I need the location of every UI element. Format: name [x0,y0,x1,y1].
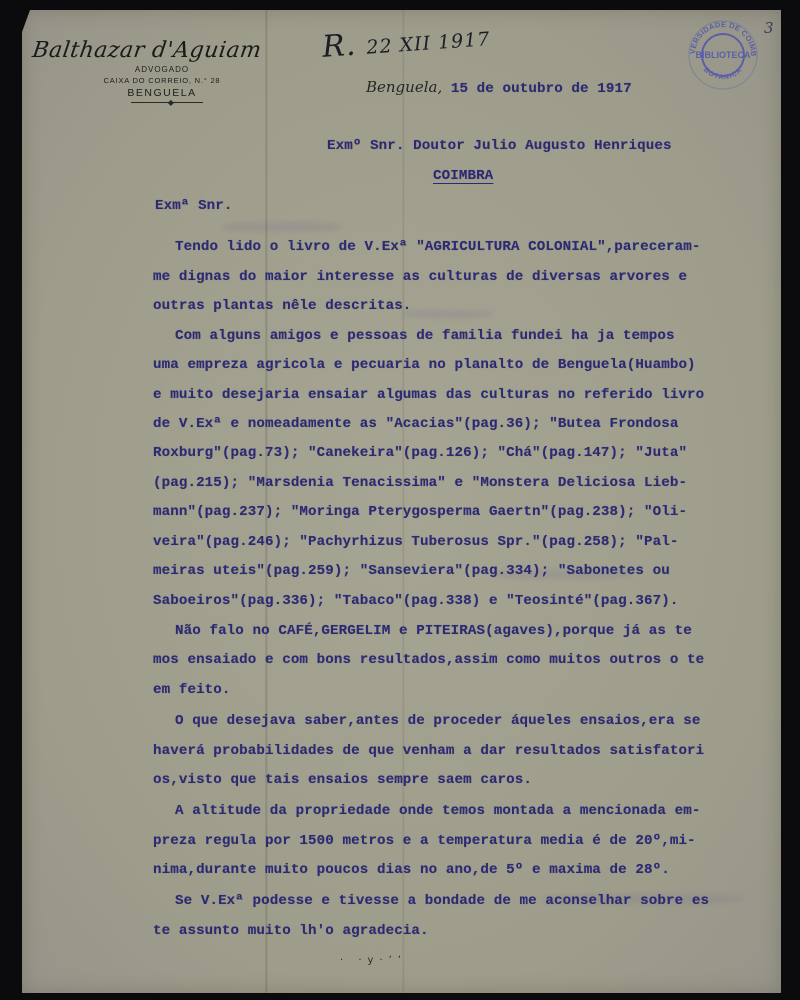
stray-ink-marks: · ·y·ʼʼ [340,955,407,966]
ink-bleed [402,310,492,318]
body-line: de V.Exª e nomeadamente as "Acacias"(pag… [153,416,678,432]
recipient-city: COIMBRA [433,168,493,184]
date-place: Benguela, [366,78,442,96]
letterhead: Balthazar d'Aguiam ADVOGADO CAIXA DO COR… [47,38,267,109]
body-line: A altitude da propriedade onde temos mon… [175,803,700,819]
body-line: Roxburg"(pag.73); "Canekeira"(pag.126); … [153,445,687,461]
letterhead-role: ADVOGADO [57,65,267,74]
body-line: mann"(pag.237); "Moringa Pterygosperma G… [153,504,687,520]
body-line: Com alguns amigos e pessoas de familia f… [175,328,675,344]
body-line: mos ensaiado e com bons resultados,assim… [153,652,704,668]
body-line: meiras uteis"(pag.259); "Sanseviera"(pag… [153,563,670,579]
body-line: e muito desejaria ensaiar algumas das cu… [153,387,704,403]
letterhead-address: CAIXA DO CORREIO, N.° 28 [57,76,267,85]
letter-page: Balthazar d'Aguiam ADVOGADO CAIXA DO COR… [22,10,781,993]
body-line: Não falo no CAFÉ,GERGELIM e PITEIRAS(aga… [175,623,692,639]
body-line: em feito. [153,682,231,698]
body-line: Saboeiros"(pag.336); "Tabaco"(pag.338) e… [153,593,678,609]
svg-text:BOTANICA: BOTANICA [702,66,744,81]
letterhead-name: Balthazar d'Aguiam [25,38,269,63]
body-line: haverá probabilidades de que venham a da… [153,743,704,759]
letterhead-ornament: ~◆~ [131,102,203,109]
svg-text:BIBLIOTECA: BIBLIOTECA [696,50,751,60]
body-line: uma empreza agricola e pecuaria no plana… [153,357,696,373]
body-line: Tendo lido o livro de V.Exª "AGRICULTURA… [175,239,700,255]
date-line: Benguela, 15 de outubro de 1917 [366,78,632,97]
date-text: 15 de outubro de 1917 [442,81,632,97]
handwritten-receipt-note: R.22 XII 1917 [321,18,491,65]
ornament-icon: ~◆~ [161,98,181,107]
torn-corner [22,10,30,32]
body-line: outras plantas nêle descritas. [153,298,411,314]
body-line: nima,durante muito poucos dias no ano,de… [153,862,670,878]
recipient: Exmº Snr. Doutor Julio Augusto Henriques [327,138,672,154]
body-line: Se V.Exª podesse e tivesse a bondade de … [175,893,709,909]
body-line: me dignas do maior interesse as culturas… [153,269,687,285]
body-line: O que desejava saber,antes de proceder á… [175,713,700,729]
receipt-mark: R. [321,28,357,65]
receipt-date: 22 XII 1917 [366,28,491,59]
body-line: preza regula por 1500 metros e a tempera… [153,833,696,849]
body-line: te assunto muito lh'o agradecia. [153,923,429,939]
library-stamp-icon: UNIVERSIDADE DE COIMBRA BIBLIOTECA BOTAN… [686,18,760,92]
body-line: veira"(pag.246); "Pachyrhizus Tuberosus … [153,534,678,550]
body-line: os,visto que tais ensaios sempre saem ca… [153,772,532,788]
ink-bleed [222,222,342,232]
body-line: (pag.215); "Marsdenia Tenacissima" e "Mo… [153,475,687,491]
salutation: Exmª Snr. [155,198,233,214]
page-number: 3 [764,19,774,37]
